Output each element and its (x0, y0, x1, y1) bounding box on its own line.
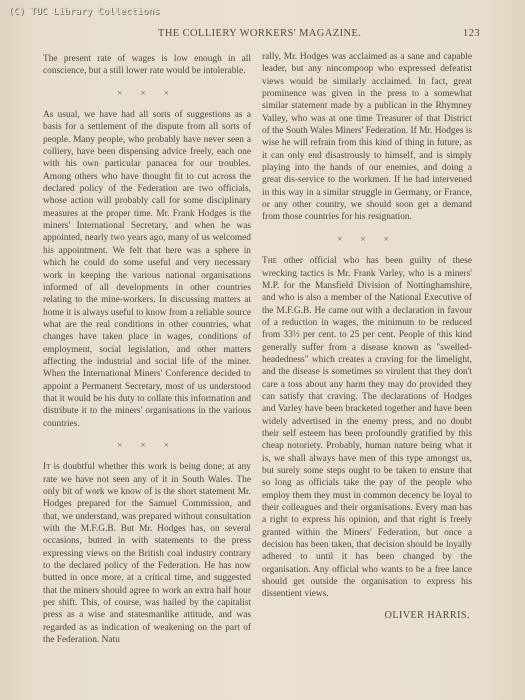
section-separator: × × × (262, 233, 472, 245)
page-header: THE COLLIERY WORKERS' MAGAZINE. 123 (40, 28, 480, 42)
magazine-title: THE COLLIERY WORKERS' MAGAZINE. (158, 28, 361, 39)
paragraph-lead: The (262, 256, 277, 266)
paragraph-body: is doubtful whether this work is being d… (43, 462, 251, 645)
right-column: rally, Mr. Hodges was acclaimed as a san… (262, 51, 472, 622)
paragraph: As usual, we have had all sorts of sugge… (43, 109, 251, 430)
paragraph: The present rate of wages is low enough … (43, 53, 251, 78)
author-signature: OLIVER HARRIS. (262, 610, 472, 622)
paragraph: rally, Mr. Hodges was acclaimed as a san… (262, 51, 472, 224)
page-number: 123 (463, 28, 480, 39)
copyright-watermark: (C) TUC Library Collections (8, 7, 160, 17)
left-column: The present rate of wages is low enough … (43, 53, 251, 646)
section-separator: × × × (43, 439, 251, 451)
paragraph: It is doubtful whether this work is bein… (43, 461, 251, 646)
section-separator: × × × (43, 87, 251, 99)
magazine-page: (C) TUC Library Collections THE COLLIERY… (0, 0, 525, 700)
paragraph-body: other official who has been guilty of th… (262, 256, 472, 599)
paragraph: The other official who has been guilty o… (262, 255, 472, 601)
